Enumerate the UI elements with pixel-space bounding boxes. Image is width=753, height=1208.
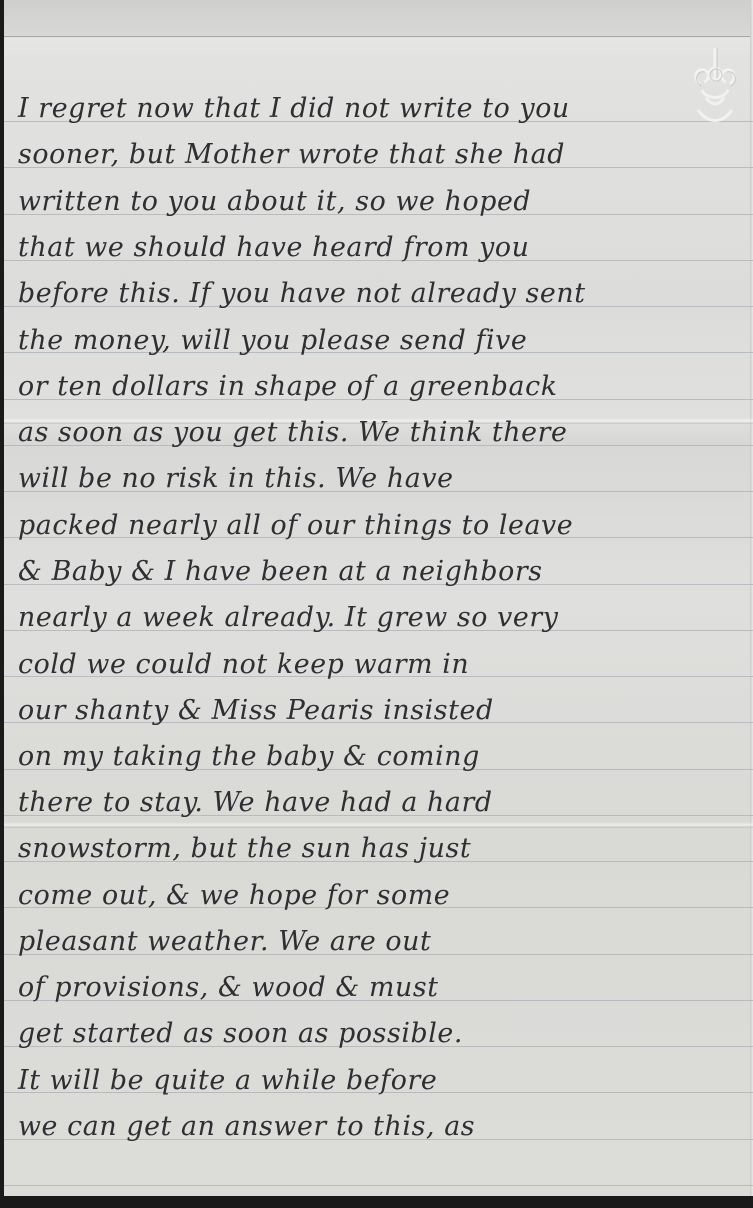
letter-line: will be no risk in this. We have: [18, 464, 743, 494]
letter-line: the money, will you please send five: [18, 326, 743, 356]
letter-line: our shanty & Miss Pearis insisted: [18, 696, 743, 726]
letter-line: snowstorm, but the sun has just: [18, 834, 743, 864]
letter-line: packed nearly all of our things to leave: [18, 511, 743, 541]
letter-line: cold we could not keep warm in: [18, 650, 743, 680]
letter-line: I regret now that I did not write to you: [18, 94, 743, 124]
letter-line: pleasant weather. We are out: [18, 927, 743, 957]
letter-line: there to stay. We have had a hard: [18, 788, 743, 818]
ruling-line: [4, 1185, 753, 1186]
letter-line: that we should have heard from you: [18, 233, 743, 263]
letter-line: on my taking the baby & coming: [18, 742, 743, 772]
letter-line: nearly a week already. It grew so very: [18, 603, 743, 633]
letter-line: sooner, but Mother wrote that she had: [18, 140, 743, 170]
paper-fold-crease: [4, 822, 753, 828]
letter-page: I regret now that I did not write to you…: [4, 0, 753, 1196]
letter-line: or ten dollars in shape of a greenback: [18, 372, 743, 402]
letter-line: written to you about it, so we hoped: [18, 187, 743, 217]
letter-line: as soon as you get this. We think there: [18, 418, 743, 448]
paper-top-fold-strip: [4, 0, 753, 37]
letter-line: get started as soon as possible.: [18, 1019, 743, 1049]
letter-line: & Baby & I have been at a neighbors: [18, 557, 743, 587]
letter-line: It will be quite a while before: [18, 1066, 743, 1096]
letter-line: before this. If you have not already sen…: [18, 279, 743, 309]
letter-line: come out, & we hope for some: [18, 881, 743, 911]
letter-line: we can get an answer to this, as: [18, 1112, 743, 1142]
letter-line: of provisions, & wood & must: [18, 973, 743, 1003]
